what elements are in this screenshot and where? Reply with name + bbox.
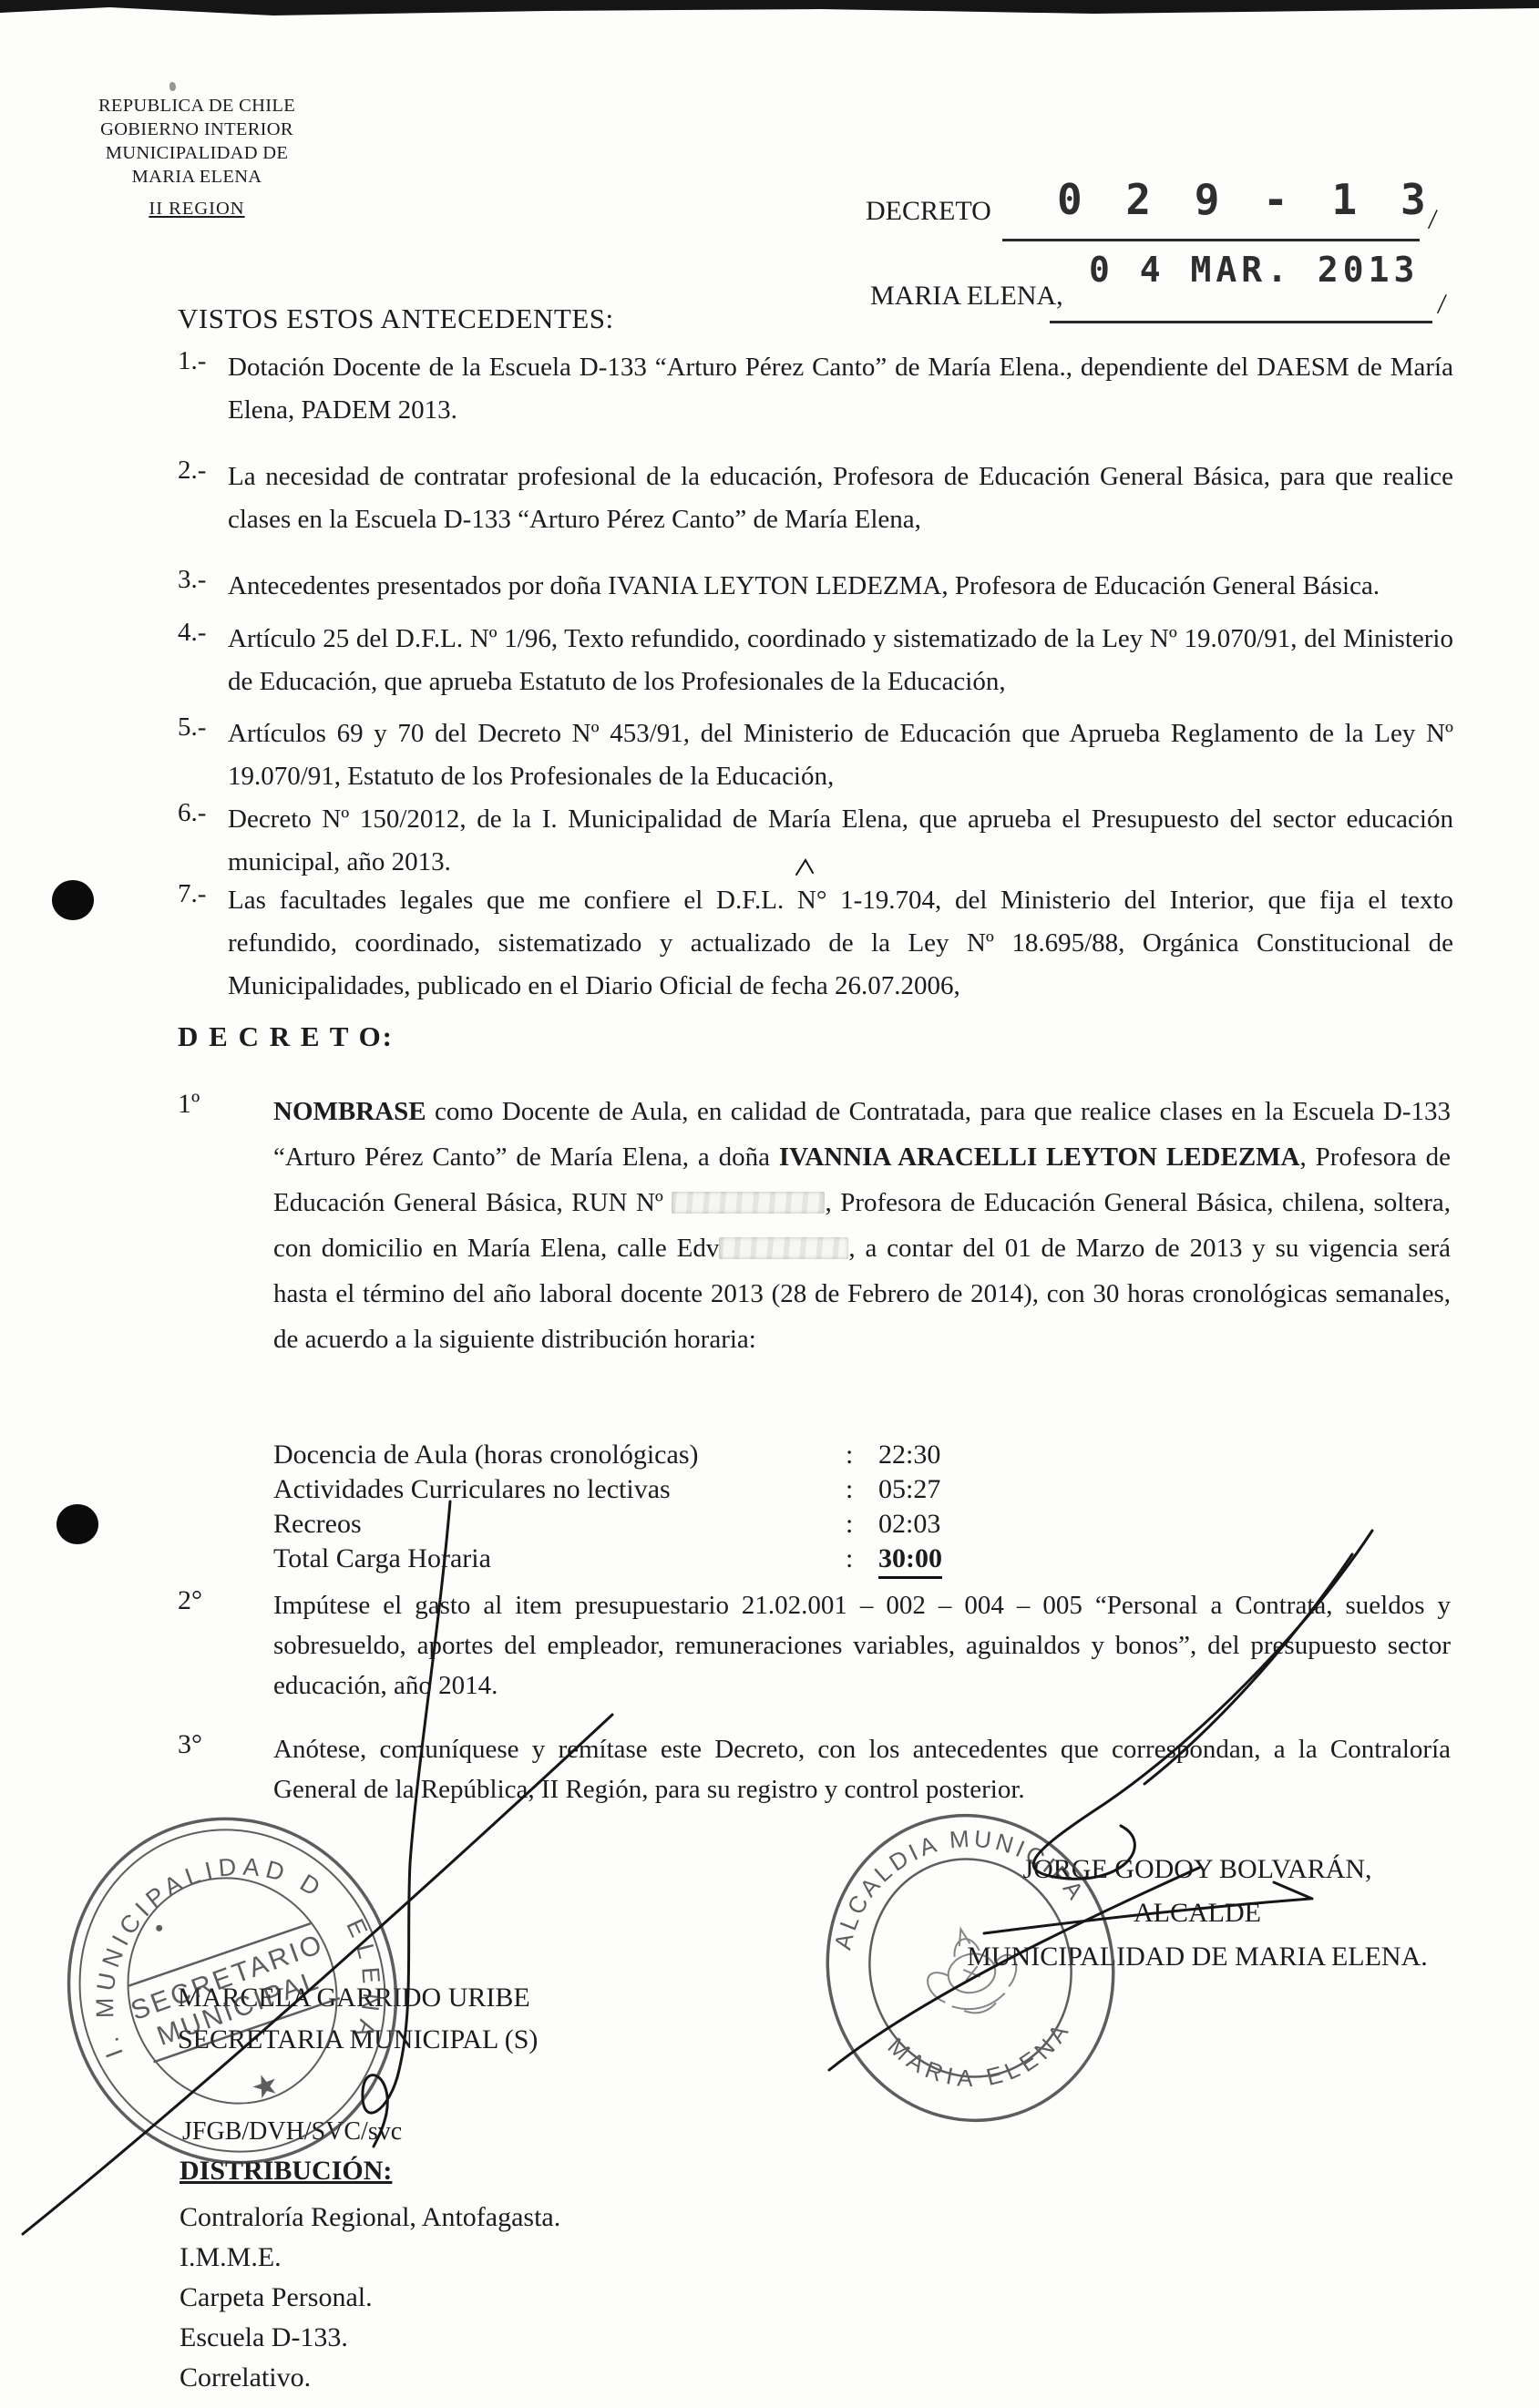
resolution-2-text: Impútese el gasto al item presupuestario… (273, 1585, 1451, 1706)
mayor-name: JORGE GODOY BOLVARÁN, (948, 1848, 1447, 1891)
hours-row: Total Carga Horaria:30:00 (273, 1542, 1166, 1576)
secretary-name: MARCELA GARRIDO URIBE (178, 1983, 530, 2013)
hours-label: Total Carga Horaria (273, 1542, 846, 1576)
item-3-number: 3.- (178, 565, 232, 595)
redacted-text (719, 1237, 848, 1259)
text-line: MARIA ELENA (91, 165, 303, 189)
secretary-stamp-star-icon: ★ (246, 2065, 284, 2107)
text-line: I.M.M.E. (180, 2238, 560, 2278)
item-1-number: 1.- (178, 346, 232, 376)
scan-speck (169, 82, 176, 91)
ink-dot-1 (52, 880, 94, 920)
hours-label: Actividades Curriculares no lectivas (273, 1472, 846, 1507)
text-line: Carpeta Personal. (180, 2278, 560, 2318)
scan-artifact-top-band (0, 0, 1539, 15)
hours-row: Recreos:02:03 (273, 1507, 1166, 1542)
distribution-title: DISTRIBUCIÓN: (180, 2156, 392, 2187)
hours-row: Actividades Curriculares no lectivas:05:… (273, 1472, 1166, 1507)
date-stamp: 0 4 MAR. 2013 (1089, 250, 1419, 290)
item-2-number: 2.- (178, 456, 232, 486)
resolution-3-number: 3° (178, 1729, 202, 1760)
resolution-1-number: 1º (178, 1089, 200, 1120)
item-6-text: Decreto Nº 150/2012, de la I. Municipali… (228, 798, 1453, 884)
text-line: II REGION (91, 197, 303, 220)
vistos-heading: VISTOS ESTOS ANTECEDENTES: (178, 302, 614, 335)
item-6-number: 6.- (178, 798, 232, 828)
item-4-number: 4.- (178, 618, 232, 648)
mayor-stamp-bottom-text: MARIA ELENA (879, 1991, 1086, 2114)
text-line: REPUBLICA DE CHILE (91, 94, 303, 118)
item-5-number: 5.- (178, 712, 232, 743)
mayor-org: MUNICIPALIDAD DE MARIA ELENA. (948, 1935, 1447, 1979)
ink-dot-2 (56, 1504, 98, 1544)
mayor-signature-block: JORGE GODOY BOLVARÁN, ALCALDE MUNICIPALI… (948, 1848, 1447, 1979)
date-line (1050, 321, 1432, 323)
document-page: REPUBLICA DE CHILEGOBIERNO INTERIORMUNIC… (0, 0, 1539, 2408)
decreto-heading: D E C R E T O: (178, 1020, 394, 1053)
date-slash: / (1436, 287, 1448, 322)
item-4-text: Artículo 25 del D.F.L. Nº 1/96, Texto re… (228, 618, 1453, 703)
item-5-text: Artículos 69 y 70 del Decreto Nº 453/91,… (228, 712, 1453, 798)
secretary-title: SECRETARIA MUNICIPAL (S) (178, 2024, 538, 2055)
hours-label: Recreos (273, 1507, 846, 1542)
initials-line: JFGB/DVH/SVC/svc (182, 2117, 402, 2147)
item-2-text: La necesidad de contratar profesional de… (228, 456, 1453, 541)
hours-colon: : (846, 1542, 878, 1576)
hours-colon: : (846, 1507, 878, 1542)
text-line: Correlativo. (180, 2358, 560, 2398)
item-7-text: Las facultades legales que me confiere e… (228, 879, 1453, 1008)
text-line: GOBIERNO INTERIOR (91, 118, 303, 141)
hours-value: 30:00 (878, 1542, 942, 1579)
hours-colon: : (846, 1438, 878, 1472)
decree-label: DECRETO (866, 196, 991, 227)
hours-row: Docencia de Aula (horas cronológicas):22… (273, 1438, 1166, 1472)
date-place-label: MARIA ELENA, (870, 281, 1063, 312)
item-7-number: 7.- (178, 879, 232, 909)
decree-number-stamp: 0 2 9 - 1 3 (1057, 175, 1435, 224)
resolution-3-text: Anótese, comuníquese y remítase este Dec… (273, 1729, 1451, 1809)
text-line: MUNICIPALIDAD DE (91, 141, 303, 165)
svg-text:MARIA ELENA: MARIA ELENA (879, 1991, 1086, 2114)
mayor-role: ALCALDE (948, 1891, 1447, 1935)
text-line: Escuela D-133. (180, 2318, 560, 2358)
decree-number-line (1002, 239, 1420, 241)
letterhead: REPUBLICA DE CHILEGOBIERNO INTERIORMUNIC… (91, 94, 303, 220)
hours-table: Docencia de Aula (horas cronológicas):22… (273, 1438, 1166, 1576)
hours-value: 22:30 (878, 1438, 940, 1472)
item-1-text: Dotación Docente de la Escuela D-133 “Ar… (228, 346, 1453, 432)
hours-value: 05:27 (878, 1472, 940, 1507)
resolution-2-number: 2° (178, 1585, 202, 1616)
hours-value: 02:03 (878, 1507, 940, 1542)
distribution-list: Contraloría Regional, Antofagasta.I.M.M.… (180, 2198, 560, 2398)
redacted-text (672, 1192, 825, 1214)
hours-label: Docencia de Aula (horas cronológicas) (273, 1438, 846, 1472)
item-3-text: Antecedentes presentados por doña IVANIA… (228, 565, 1453, 608)
text-line: Contraloría Regional, Antofagasta. (180, 2198, 560, 2238)
hours-colon: : (846, 1472, 878, 1507)
resolution-1-text: NOMBRASE como Docente de Aula, en calida… (273, 1089, 1451, 1362)
